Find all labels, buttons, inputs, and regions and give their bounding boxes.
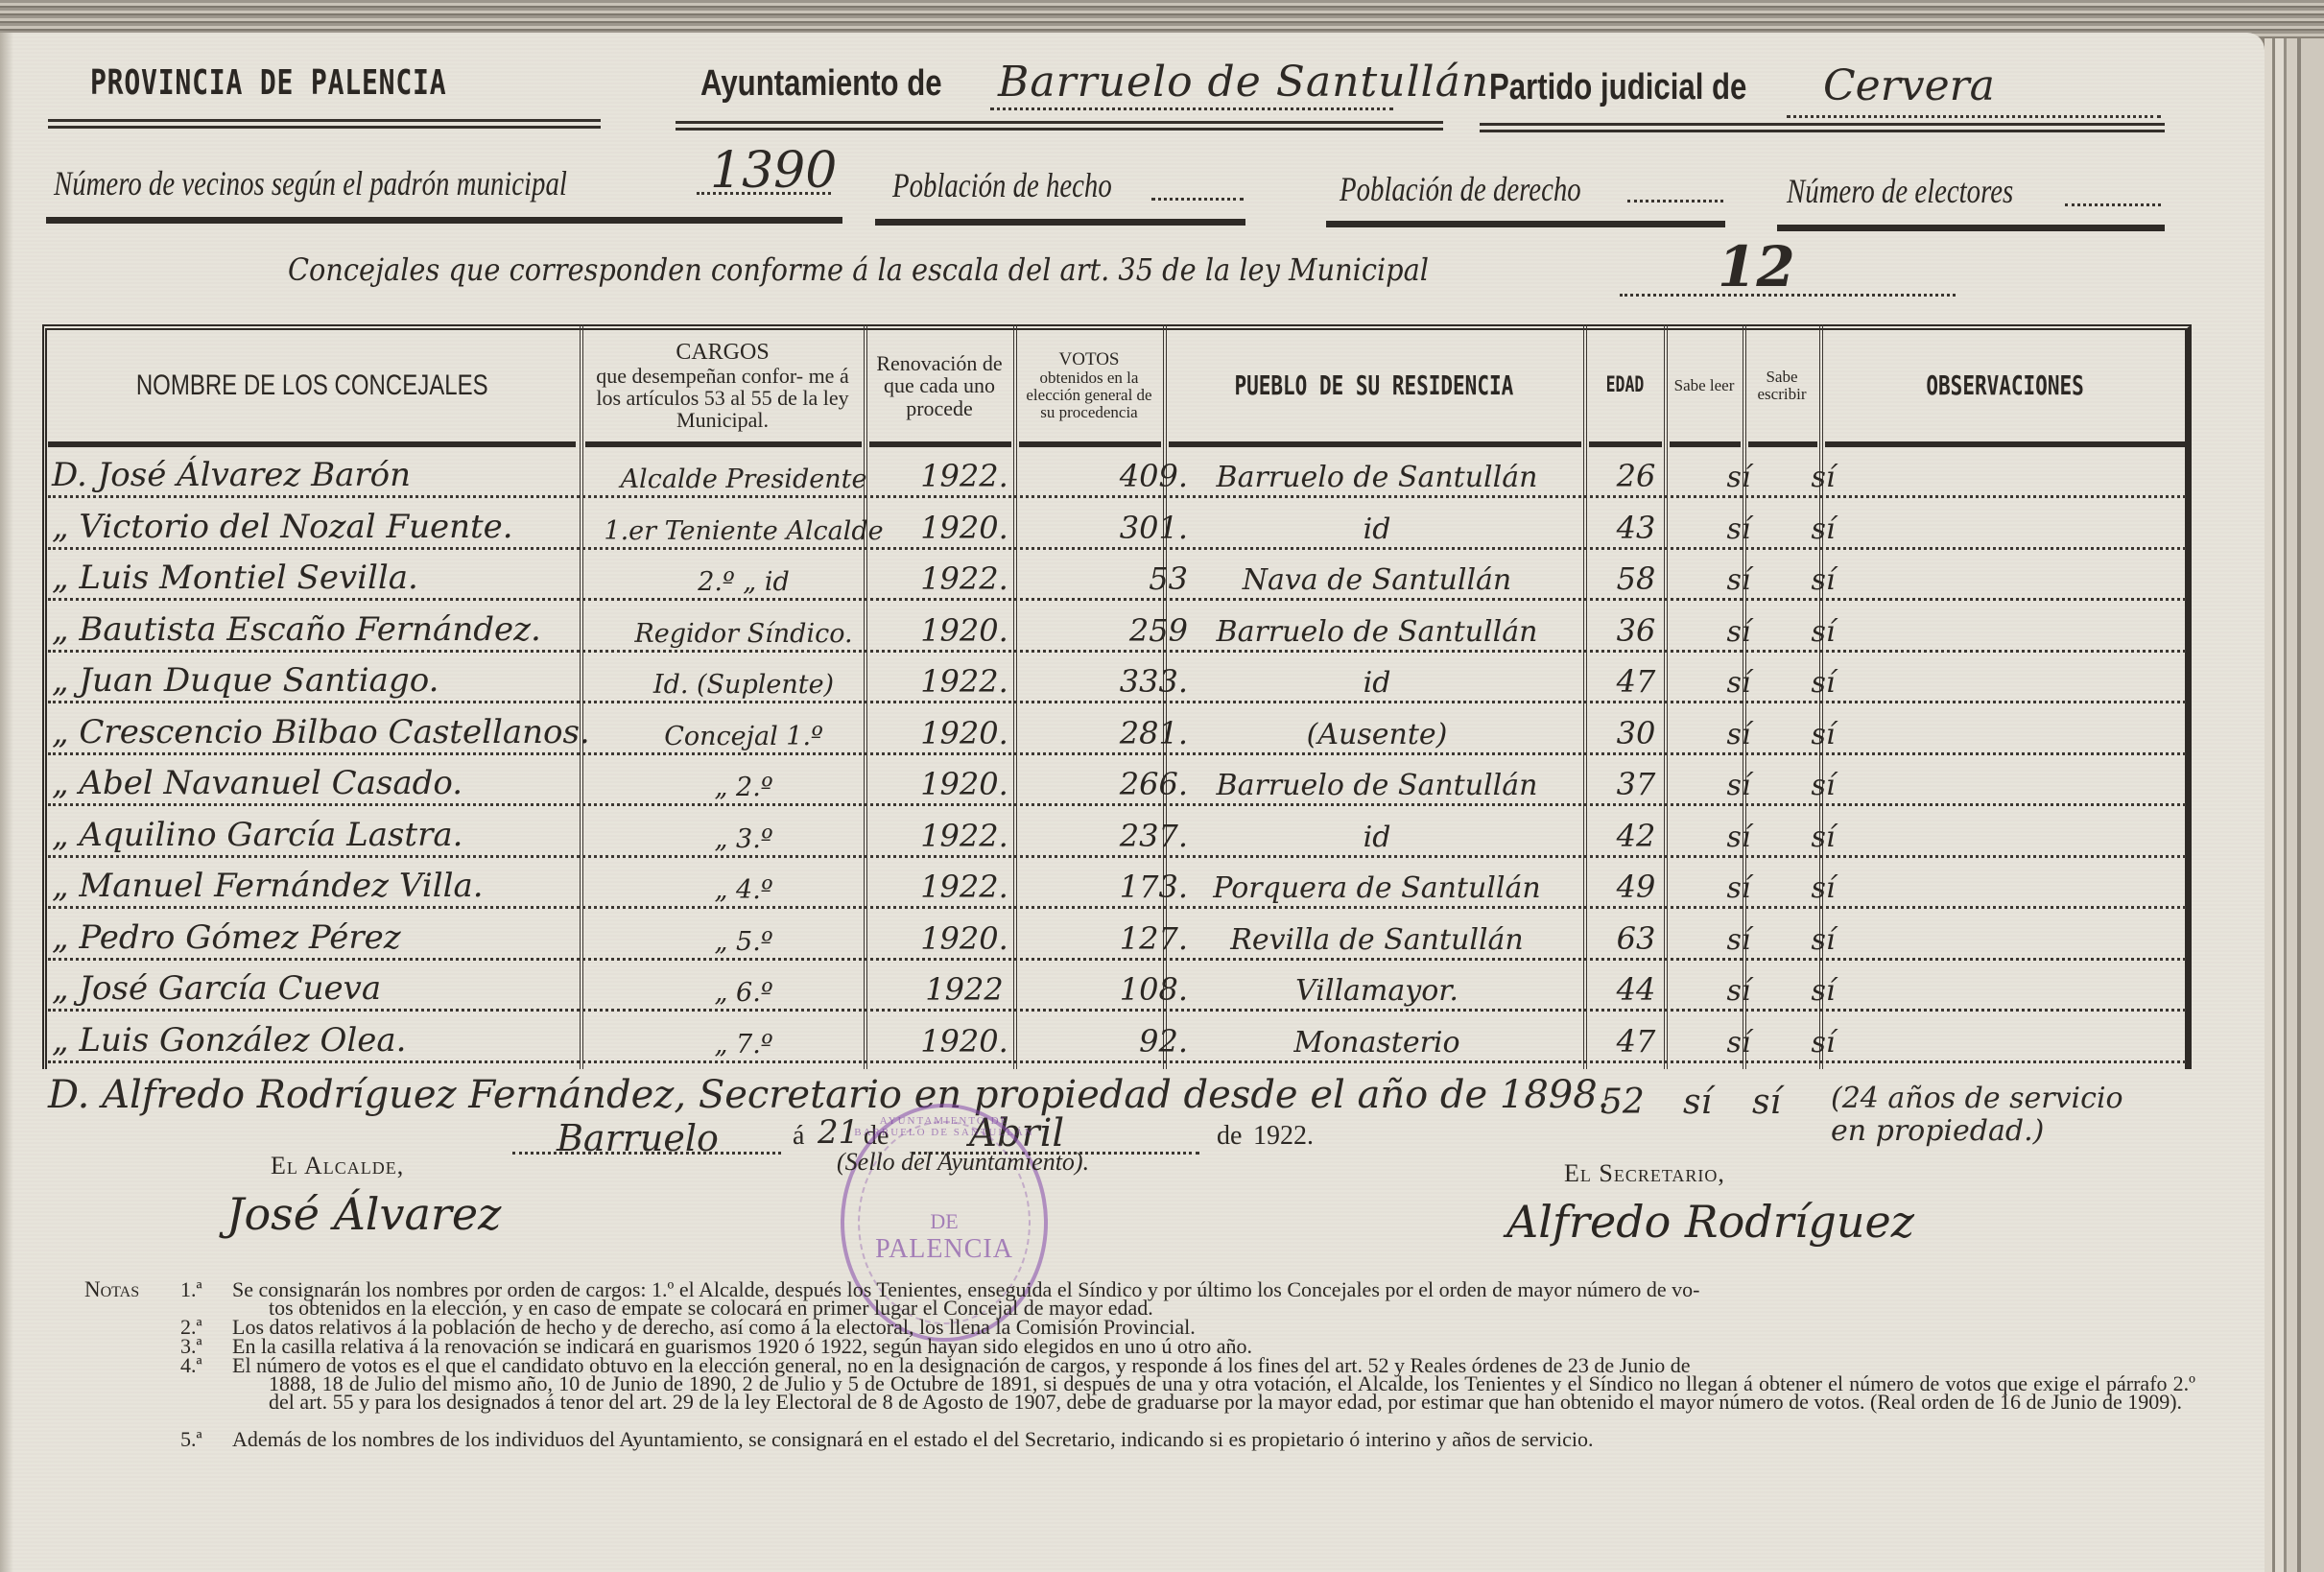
cell-renovacion: 1922. (883, 458, 1046, 494)
cell-edad: 49 (1588, 869, 1684, 905)
cell-sabe-leer: sí (1691, 769, 1787, 802)
col-header-renovacion: Renovación de que cada uno procede (867, 332, 1011, 440)
table-row: „ José García Cueva „ 6.º 1922 108. Vill… (48, 963, 2186, 1012)
cell-cargo: 1.er Teniente Alcalde (590, 516, 897, 546)
header-rule (1825, 441, 2186, 447)
provincia-title: PROVINCIA DE PALENCIA (90, 63, 446, 103)
thick-rule (1326, 221, 1725, 227)
row-dotted-rule (48, 547, 2186, 550)
secretario-label: El Secretario, (1564, 1159, 1725, 1188)
vecinos-value: 1390 (710, 142, 837, 200)
header-rule (1169, 441, 1581, 447)
cell-nombre: „ Juan Duque Santiago. (52, 661, 439, 700)
cell-sabe-leer: sí (1691, 512, 1787, 546)
cell-pueblo: Barruelo de Santullán (1161, 461, 1593, 494)
cell-cargo: „ 7.º (590, 1030, 897, 1060)
header-rule (585, 441, 862, 447)
cell-edad: 63 (1588, 920, 1684, 957)
cell-renovacion: 1922. (883, 663, 1046, 700)
cell-cargo: Regidor Síndico. (590, 619, 897, 649)
table-row: „ Abel Navanuel Casado. „ 2.º 1920. 266.… (48, 757, 2186, 806)
cell-sabe-leer: sí (1691, 1026, 1787, 1060)
cell-sabe-escribir: sí (1775, 461, 1871, 494)
cell-sabe-escribir: sí (1775, 974, 1871, 1008)
cell-edad: 36 (1588, 612, 1684, 649)
table-row: „ Pedro Gómez Pérez „ 5.º 1920. 127. Rev… (48, 912, 2186, 961)
partido-field-line (1787, 115, 2161, 118)
cell-pueblo: Revilla de Santullán (1161, 923, 1593, 957)
vecinos-label: Número de vecinos según el padrón munici… (54, 163, 567, 203)
note-number: 5.ª (180, 1430, 202, 1448)
cell-pueblo: Barruelo de Santullán (1161, 769, 1593, 802)
cell-renovacion: 1920. (883, 766, 1046, 802)
thick-rule (1777, 225, 2165, 231)
cell-cargo: Id. (Suplente) (590, 670, 897, 700)
table-row: „ Victorio del Nozal Fuente. 1.er Tenien… (48, 501, 2186, 550)
cell-cargo: Alcalde Presidente (590, 464, 897, 494)
table-row: „ Crescencio Bilbao Castellanos. Conceja… (48, 706, 2186, 755)
cell-nombre: „ Crescencio Bilbao Castellanos. (52, 713, 590, 751)
note-continuation: 1888, 18 de Julio del mismo año, 10 de J… (180, 1374, 2195, 1411)
secretario-signature: Alfredo Rodríguez (1506, 1196, 1914, 1248)
book-top-edge (0, 0, 2324, 36)
partido-label: Partido judicial de (1489, 67, 1746, 108)
secretario-leer: sí (1683, 1083, 1712, 1122)
cell-nombre: „ José García Cueva (52, 969, 381, 1008)
header-rule (1670, 441, 1741, 447)
col-header-observaciones: OBSERVACIONES (1823, 332, 2188, 440)
poblacion-hecho-field[interactable] (1151, 198, 1244, 201)
cell-sabe-leer: sí (1691, 615, 1787, 649)
poblacion-derecho-label: Población de derecho (1340, 169, 1581, 209)
cell-sabe-escribir: sí (1775, 821, 1871, 854)
header-rule (869, 441, 1011, 447)
double-rule (676, 121, 1443, 131)
col-header-sabe-leer: Sabe leer (1668, 332, 1741, 440)
row-dotted-rule (48, 1060, 2186, 1063)
note-number: 1.ª (180, 1280, 202, 1298)
cell-edad: 42 (1588, 818, 1684, 854)
thick-rule (46, 217, 842, 224)
cell-pueblo: id (1161, 821, 1593, 854)
table-row: „ Bautista Escaño Fernández. Regidor Sín… (48, 604, 2186, 653)
concejales-value: 12 (1718, 234, 1795, 299)
cell-edad: 44 (1588, 971, 1684, 1008)
book-gutter (0, 33, 13, 1572)
cell-cargo: „ 3.º (590, 824, 897, 854)
cell-sabe-leer: sí (1691, 923, 1787, 957)
secretario-escribir: sí (1752, 1083, 1781, 1122)
table-row: „ Luis González Olea. „ 7.º 1920. 92. Mo… (48, 1014, 2186, 1063)
cell-nombre: „ Aquilino García Lastra. (52, 816, 462, 854)
cell-renovacion: 1920. (883, 612, 1046, 649)
row-dotted-rule (48, 1009, 2186, 1012)
header-rule (1748, 441, 1817, 447)
alcalde-signature: José Álvarez (226, 1188, 501, 1240)
cell-cargo: 2.º „ id (590, 567, 897, 597)
cell-sabe-escribir: sí (1775, 563, 1871, 597)
row-dotted-rule (48, 958, 2186, 961)
fecha-anio: 1922. (1253, 1121, 1314, 1152)
cell-cargo: Concejal 1.º (590, 722, 897, 751)
row-dotted-rule (48, 598, 2186, 601)
seal-ring-text: AYUNTAMIENTO DE BARRUELO DE SANTULLÁN (848, 1115, 1040, 1138)
cell-sabe-leer: sí (1691, 718, 1787, 751)
table-row: „ Aquilino García Lastra. „ 3.º 1922. 23… (48, 809, 2186, 858)
cell-sabe-leer: sí (1691, 461, 1787, 494)
cell-edad: 47 (1588, 1023, 1684, 1060)
ayuntamiento-label: Ayuntamiento de (700, 63, 942, 105)
poblacion-hecho-label: Población de hecho (892, 165, 1112, 205)
row-dotted-rule (48, 906, 2186, 909)
cell-cargo: „ 6.º (590, 978, 897, 1008)
cell-renovacion: 1922. (883, 560, 1046, 597)
table-row: D. José Álvarez Barón Alcalde Presidente… (48, 449, 2186, 498)
table-row: „ Juan Duque Santiago. Id. (Suplente) 19… (48, 655, 2186, 703)
sello-label: (Sello del Ayuntamiento). (837, 1148, 1089, 1177)
cell-sabe-leer: sí (1691, 821, 1787, 854)
ayuntamiento-value: Barruelo de Santullán (998, 58, 1489, 107)
cell-pueblo: Villamayor. (1161, 974, 1593, 1008)
alcalde-label: El Alcalde, (271, 1152, 404, 1180)
cell-nombre: „ Luis González Olea. (52, 1021, 406, 1060)
cell-sabe-escribir: sí (1775, 666, 1871, 700)
cell-renovacion: 1920. (883, 510, 1046, 546)
secretario-observacion: (24 años de servicio en propiedad.) (1831, 1083, 2157, 1148)
cell-renovacion: 1922. (883, 818, 1046, 854)
secretario-edad: 52 (1601, 1083, 1645, 1122)
electores-field[interactable] (2065, 203, 2161, 206)
col-header-pueblo: PUEBLO DE SU RESIDENCIA (1167, 332, 1581, 440)
secretario-line: D. Alfredo Rodríguez Fernández, Secretar… (48, 1073, 1609, 1117)
col-header-sabe-escribir: Sabe escribir (1746, 332, 1817, 440)
partido-value: Cervera (1823, 61, 1995, 110)
row-dotted-rule (48, 752, 2186, 755)
cell-sabe-leer: sí (1691, 563, 1787, 597)
cell-cargo: „ 4.º (590, 875, 897, 905)
fecha-de-2: de (1217, 1121, 1242, 1152)
cell-pueblo: Barruelo de Santullán (1161, 615, 1593, 649)
cell-renovacion: 1922. (883, 869, 1046, 905)
cell-pueblo: Monasterio (1161, 1026, 1593, 1060)
concejales-label: Concejales que corresponden conforme á l… (288, 251, 1429, 288)
page-stack-edge (2265, 38, 2324, 1572)
header-rule (48, 441, 576, 447)
cell-edad: 26 (1588, 458, 1684, 494)
cell-nombre: „ Luis Montiel Sevilla. (52, 559, 418, 597)
electores-label: Número de electores (1787, 171, 2013, 211)
cell-sabe-escribir: sí (1775, 871, 1871, 905)
col-header-cargos: CARGOS que desempeñan confor- me á los a… (583, 332, 862, 440)
lugar-field-line (512, 1152, 781, 1155)
cell-nombre: „ Victorio del Nozal Fuente. (52, 508, 513, 546)
notes-title: Notas (84, 1280, 139, 1298)
cell-sabe-escribir: sí (1775, 1026, 1871, 1060)
cell-edad: 47 (1588, 663, 1684, 700)
note-text: Además de los nombres de los individuos … (180, 1430, 2195, 1448)
cell-renovacion: 1920. (883, 1023, 1046, 1060)
cell-pueblo: Porquera de Santullán (1161, 871, 1593, 905)
row-dotted-rule (48, 855, 2186, 858)
cell-pueblo: Nava de Santullán (1161, 563, 1593, 597)
concejales-field-line (1620, 294, 1956, 297)
col-header-edad: EDAD (1587, 332, 1662, 440)
cell-nombre: „ Pedro Gómez Pérez (52, 918, 401, 957)
col-header-votos: VOTOS obtenidos en la elección general d… (1017, 332, 1161, 440)
cell-sabe-escribir: sí (1775, 615, 1871, 649)
header-rule (1019, 441, 1161, 447)
cell-edad: 58 (1588, 560, 1684, 597)
table-row: „ Manuel Fernández Villa. „ 4.º 1922. 17… (48, 860, 2186, 909)
note-number: 4.ª (180, 1356, 202, 1374)
cell-sabe-escribir: sí (1775, 718, 1871, 751)
cell-pueblo: id (1161, 512, 1593, 546)
cell-sabe-leer: sí (1691, 666, 1787, 700)
cell-sabe-leer: sí (1691, 974, 1787, 1008)
cell-edad: 43 (1588, 510, 1684, 546)
double-rule (48, 119, 601, 129)
cell-pueblo: id (1161, 666, 1593, 700)
cell-nombre: „ Bautista Escaño Fernández. (52, 610, 541, 649)
thick-rule (875, 219, 1245, 226)
cell-nombre: D. José Álvarez Barón (52, 456, 411, 494)
row-dotted-rule (48, 495, 2186, 498)
double-rule (1480, 123, 2165, 132)
cell-sabe-leer: sí (1691, 871, 1787, 905)
cell-cargo: „ 5.º (590, 927, 897, 957)
cell-sabe-escribir: sí (1775, 512, 1871, 546)
vecinos-field-line (697, 192, 831, 195)
col-header-nombre: NOMBRE DE LOS CONCEJALES (48, 332, 576, 440)
row-dotted-rule (48, 701, 2186, 703)
cell-edad: 30 (1588, 715, 1684, 751)
row-dotted-rule (48, 650, 2186, 653)
note-item: 1.ª Se consignarán los nombres por orden… (180, 1280, 2195, 1317)
note-item: 5.ª Además de los nombres de los individ… (180, 1430, 2195, 1448)
cell-edad: 37 (1588, 766, 1684, 802)
note-item: 4.ª El número de votos es el que el cand… (180, 1356, 2195, 1411)
cell-sabe-escribir: sí (1775, 769, 1871, 802)
cell-renovacion: 1920. (883, 715, 1046, 751)
cell-cargo: „ 2.º (590, 773, 897, 802)
row-dotted-rule (48, 803, 2186, 806)
poblacion-derecho-field[interactable] (1627, 200, 1723, 202)
cell-renovacion: 1920. (883, 920, 1046, 957)
cell-renovacion: 1922 (883, 971, 1046, 1008)
table-row: „ Luis Montiel Sevilla. 2.º „ id 1922. 5… (48, 552, 2186, 601)
ayuntamiento-field-line (990, 107, 1393, 110)
cell-nombre: „ Manuel Fernández Villa. (52, 867, 484, 905)
cell-nombre: „ Abel Navanuel Casado. (52, 764, 462, 802)
header-rule (1589, 441, 1662, 447)
cell-sabe-escribir: sí (1775, 923, 1871, 957)
cell-pueblo: (Ausente) (1161, 718, 1593, 751)
fecha-a: á (793, 1121, 804, 1152)
